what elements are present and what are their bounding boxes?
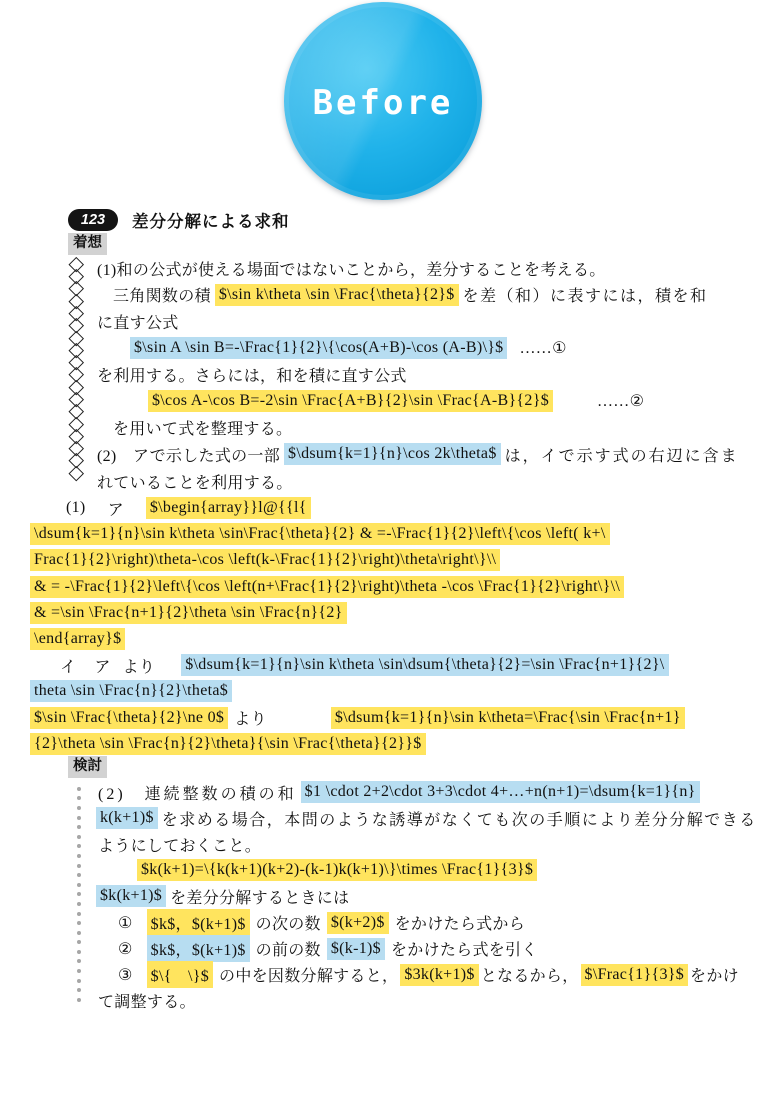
text-line: れていることを利用する。 (0, 468, 768, 495)
text-line: ①$k$，$(k+1)$の次の数$(k+2)$をかけたら式から (0, 909, 768, 935)
text-line: に直す公式 (0, 308, 768, 335)
text-segment: を用いて式を整理する。 (113, 416, 292, 439)
text-segment: となるから， (481, 963, 579, 986)
highlighted-formula: & =\sin \Frac{n+1}{2}\theta \sin \Frac{n… (30, 602, 347, 624)
textbook-page: Before 123 差分分解による求和 着想 (1)和の公式が使える場面ではな… (0, 0, 768, 1108)
text-line: theta \sin \Frac{n}{2}\theta$ (0, 678, 768, 704)
page-title: 差分分解による求和 (132, 208, 290, 232)
text-line: (1)ア$\begin{array}}l@{{l{ (0, 495, 768, 521)
text-segment: (1)和の公式が使える場面ではないことから，差分することを考える。 (97, 257, 606, 280)
highlighted-formula: theta \sin \Frac{n}{2}\theta$ (30, 680, 232, 702)
text-segment: は，イで示す式の右辺に含ま (505, 443, 739, 466)
before-label: Before (313, 79, 454, 123)
highlighted-formula: $\sin \Frac{\theta}{2}\ne 0$ (30, 707, 228, 729)
text-segment: ようにしておくこと。 (98, 833, 261, 856)
text-line: ようにしておくこと。 (0, 831, 768, 857)
highlighted-formula: $k$，$(k+1)$ (147, 935, 250, 962)
idea-section-label: 着想 (68, 233, 107, 255)
highlighted-formula: {2}\theta \sin \Frac{n}{2}\theta}{\sin \… (30, 733, 426, 755)
highlighted-formula: $\sin k\theta \sin \Frac{\theta}{2}$ (215, 284, 459, 306)
text-line: を用いて式を整理する。 (0, 415, 768, 442)
problem-number-badge: 123 (68, 209, 118, 231)
highlighted-formula: Frac{1}{2}\right)\theta-\cos \left(k-\Fr… (30, 549, 500, 571)
highlighted-formula: $\{ \}$ (147, 961, 213, 988)
text-line: $k(k+1)$を差分分解するときには (0, 883, 768, 909)
highlighted-formula: $\Frac{1}{3}$ (581, 964, 689, 986)
highlighted-formula: $(k+2)$ (327, 912, 389, 934)
highlighted-formula: $\dsum{k=1}{n}\sin k\theta \sin\dsum{\th… (181, 654, 668, 676)
text-line: (1)和の公式が使える場面ではないことから，差分することを考える。 (0, 255, 768, 282)
highlighted-formula: $\dsum{k=1}{n}\cos 2k\theta$ (284, 443, 501, 465)
text-line: {2}\theta \sin \Frac{n}{2}\theta}{\sin \… (0, 731, 768, 757)
text-line: $\sin A \sin B=-\Frac{1}{2}\{\cos(A+B)-\… (0, 335, 768, 362)
text-segment: を利用する。さらには，和を積に直す公式 (97, 363, 407, 386)
problem-header: 123 差分分解による求和 (68, 208, 290, 232)
text-segment: ③ (118, 965, 133, 985)
text-segment: ② (118, 939, 133, 959)
text-line: \end{array}$ (0, 626, 768, 652)
text-segment: より (123, 654, 156, 677)
text-line: Frac{1}{2}\right)\theta-\cos \left(k-\Fr… (0, 547, 768, 573)
text-segment: ① (118, 913, 133, 933)
text-segment: れていることを利用する。 (97, 470, 293, 493)
text-segment: の前の数 (256, 937, 321, 960)
highlighted-formula: $k(k+1)=\{k(k+1)(k+2)-(k-1)k(k+1)\}\time… (137, 859, 537, 881)
text-line: ③$\{ \}$の中を因数分解すると，$3k(k+1)$となるから，$\Frac… (0, 962, 768, 988)
text-segment: 三角関数の積 (113, 283, 211, 306)
text-segment: ア (94, 654, 110, 677)
text-segment: て調整する。 (98, 989, 196, 1012)
text-segment: を差分分解するときには (170, 885, 349, 908)
text-segment: をかけたら式を引く (391, 937, 538, 960)
text-segment: に直す公式 (97, 310, 179, 333)
text-line: ②$k$，$(k+1)$の前の数$(k-1)$をかけたら式を引く (0, 936, 768, 962)
highlighted-formula: $k(k+1)$ (96, 885, 166, 907)
text-line: & =\sin \Frac{n+1}{2}\theta \sin \Frac{n… (0, 600, 768, 626)
text-line: \dsum{k=1}{n}\sin k\theta \sin\Frac{\the… (0, 521, 768, 547)
text-segment: の中を因数分解すると， (219, 963, 398, 986)
highlighted-formula: $3k(k+1)$ (400, 964, 478, 986)
text-segment: (1) (66, 499, 86, 517)
text-segment: を求める場合，本問のような誘導がなくても次の手順により差分分解できる (162, 807, 757, 830)
text-segment: ア (108, 497, 124, 520)
idea-section-lines: (1)和の公式が使える場面ではないことから，差分することを考える。三角関数の積$… (0, 255, 768, 494)
highlighted-formula: $(k-1)$ (327, 938, 385, 960)
text-segment: ……② (597, 391, 644, 411)
text-line: k(k+1)$を求める場合，本問のような誘導がなくても次の手順により差分分解でき… (0, 805, 768, 831)
text-line: て調整する。 (0, 988, 768, 1014)
text-segment: を差（和）に表すには，積を和 (463, 283, 708, 306)
text-segment: (2) 連続整数の積の和 (98, 781, 297, 804)
highlighted-formula: $\dsum{k=1}{n}\sin k\theta=\Frac{\sin \F… (331, 707, 685, 729)
text-line: & = -\Frac{1}{2}\left\{\cos \left(n+\Fra… (0, 574, 768, 600)
text-line: $\sin \Frac{\theta}{2}\ne 0$より$\dsum{k=1… (0, 705, 768, 731)
highlighted-formula: $\sin A \sin B=-\Frac{1}{2}\{\cos(A+B)-\… (130, 337, 507, 359)
highlighted-formula: $1 \cdot 2+2\cdot 3+3\cdot 4+…+n(n+1)=\d… (301, 781, 700, 803)
work-section-lines: (1)ア$\begin{array}}l@{{l{\dsum{k=1}{n}\s… (0, 495, 768, 757)
highlighted-formula: & = -\Frac{1}{2}\left\{\cos \left(n+\Fra… (30, 576, 624, 598)
review-section-lines: (2) 連続整数の積の和$1 \cdot 2+2\cdot 3+3\cdot 4… (0, 779, 768, 1014)
review-section-label: 検討 (68, 756, 107, 778)
text-segment: をかけ (690, 963, 739, 986)
highlighted-formula: \dsum{k=1}{n}\sin k\theta \sin\Frac{\the… (30, 523, 610, 545)
highlighted-formula: k(k+1)$ (96, 807, 158, 829)
text-line: イアより$\dsum{k=1}{n}\sin k\theta \sin\dsum… (0, 652, 768, 678)
text-line: を利用する。さらには，和を積に直す公式 (0, 361, 768, 388)
text-line: $k(k+1)=\{k(k+1)(k+2)-(k-1)k(k+1)\}\time… (0, 857, 768, 883)
highlighted-formula: $\cos A-\cos B=-2\sin \Frac{A+B}{2}\sin … (148, 390, 553, 412)
text-line: (2) 連続整数の積の和$1 \cdot 2+2\cdot 3+3\cdot 4… (0, 779, 768, 805)
before-badge: Before (284, 2, 482, 200)
text-segment: イ (60, 654, 76, 677)
highlighted-formula: $k$，$(k+1)$ (147, 909, 250, 936)
text-segment: (2) アで示した式の一部 (97, 443, 280, 466)
text-segment: をかけたら式から (395, 911, 525, 934)
highlighted-formula: $\begin{array}}l@{{l{ (146, 497, 311, 519)
text-line: 三角関数の積$\sin k\theta \sin \Frac{\theta}{2… (0, 282, 768, 309)
text-line: (2) アで示した式の一部$\dsum{k=1}{n}\cos 2k\theta… (0, 441, 768, 468)
text-line: $\cos A-\cos B=-2\sin \Frac{A+B}{2}\sin … (0, 388, 768, 415)
text-segment: ……① (519, 338, 566, 358)
text-segment: より (234, 706, 267, 729)
highlighted-formula: \end{array}$ (30, 628, 125, 650)
text-segment: の次の数 (256, 911, 321, 934)
